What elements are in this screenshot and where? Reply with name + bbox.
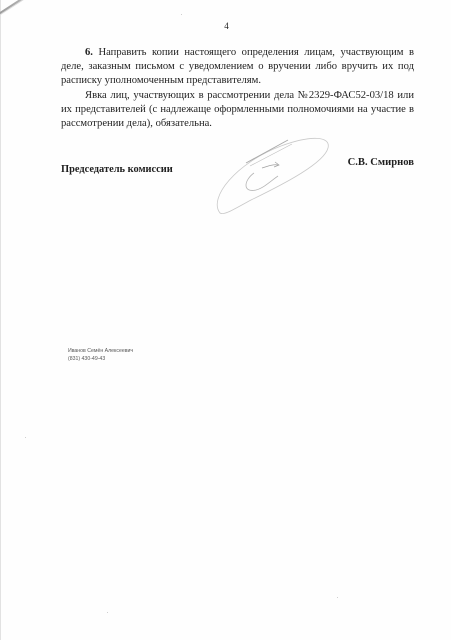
page-number: 4 [1, 21, 451, 31]
scan-speck [25, 437, 26, 438]
scan-speck [107, 612, 108, 613]
scan-speck [181, 14, 182, 15]
paragraph-item-6: 6. Направить копии настоящего определени… [61, 46, 414, 89]
signatory-title: Председатель комиссии [61, 164, 173, 175]
signatory-name: С.В. Смирнов [348, 157, 414, 168]
signature-block: Председатель комиссии С.В. Смирнов [61, 160, 414, 180]
paragraph-number: 6. [85, 47, 93, 58]
executor-name: Иванов Семён Алексеевич [68, 347, 133, 355]
paragraph-text: Направить копии настоящего определения л… [61, 47, 414, 86]
staple-mark [0, 0, 56, 16]
scan-speck [337, 597, 338, 598]
executor-phone: (831) 430-49-43 [68, 355, 133, 363]
document-page: 4 6. Направить копии настоящего определе… [0, 0, 451, 640]
executor-contact: Иванов Семён Алексеевич (831) 430-49-43 [68, 347, 133, 363]
